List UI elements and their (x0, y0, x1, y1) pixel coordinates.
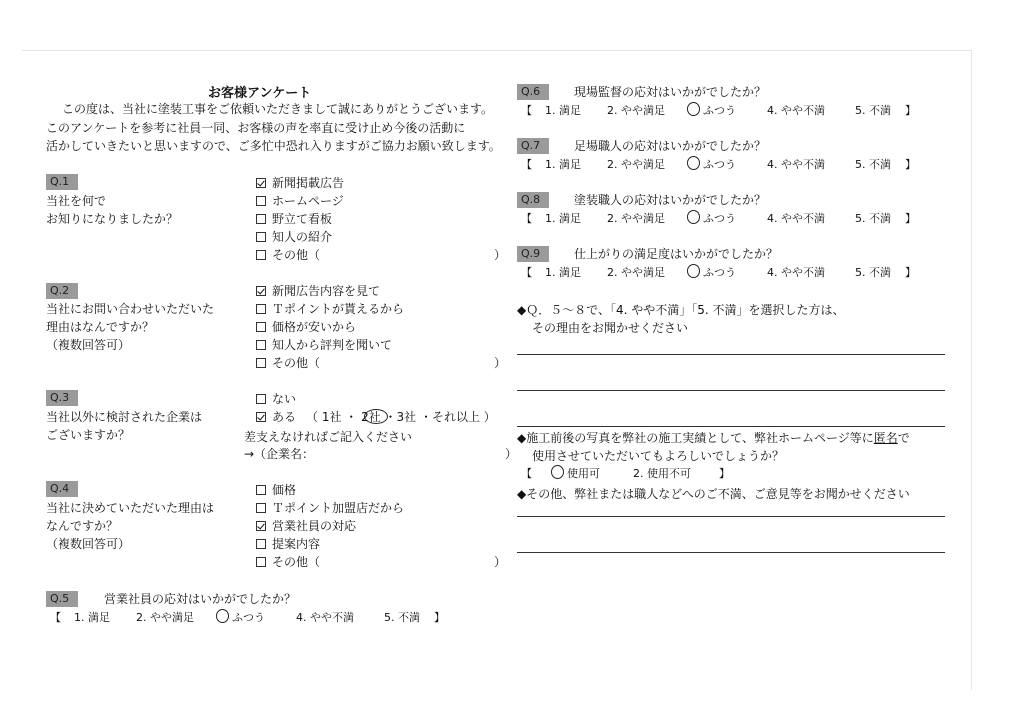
q8-option-5[interactable]: 5. 不満 (855, 210, 905, 226)
q4-option-other[interactable]: その他（ (256, 553, 320, 571)
checkbox-icon[interactable] (256, 232, 266, 242)
q2-text-2: 理由はなんですか？ (46, 318, 154, 336)
q6-option-3-selected[interactable]: ふつう (689, 102, 767, 118)
photo-option-2[interactable]: 2. 使用不可 (633, 465, 719, 481)
option-label: ない (272, 392, 296, 406)
q4-option-proposal[interactable]: 提案内容 (256, 535, 320, 553)
checkbox-icon[interactable] (256, 340, 266, 350)
q7-option-4[interactable]: 4. やや不満 (767, 156, 855, 172)
q3-company-close-paren: ） (505, 445, 517, 462)
q1-text-2: お知りになりましたか？ (46, 210, 178, 228)
photo-prompt-2: 使用させていただいてもよろしいでしょうか？ (532, 447, 784, 465)
checkbox-icon[interactable] (256, 539, 266, 549)
checkbox-icon[interactable] (256, 358, 266, 368)
bracket-close: 】 (905, 156, 916, 172)
option-label: ふつう (703, 102, 736, 118)
q7-option-3-selected[interactable]: ふつう (689, 156, 767, 172)
checkbox-icon[interactable] (256, 322, 266, 332)
q2-text-3: （複数回答可） (46, 336, 130, 354)
bracket-close: 】 (434, 609, 445, 625)
q5-option-1[interactable]: 1. 満足 (74, 609, 136, 625)
checkbox-icon[interactable] (256, 485, 266, 495)
q4-text-3: （複数回答可） (46, 535, 130, 553)
q3-text-2: ございますか？ (46, 426, 130, 444)
q3-note: 差支えなければご記入ください (244, 428, 412, 446)
intro-line-1: この度は、当社に塗装工事をご依頼いただきまして誠にありがとうございます。 (62, 100, 493, 118)
intro-line-3: 活かしていきたいと思いますので、ご多忙中恐れ入りますがご協力お願い致します。 (46, 137, 501, 155)
other-answer-line-1[interactable] (517, 516, 945, 517)
other-prompt: ◆その他、弊社または職人などへのご不満、ご意見等をお聞かせください (517, 485, 910, 503)
option-label: ある (272, 410, 296, 424)
q2-option-tpoint[interactable]: Ｔポイントが貰えるから (256, 300, 404, 318)
q7-rating-scale: 【 1. 満足 2. やや満足 ふつう 4. やや不満 5. 不満 】 (521, 156, 916, 172)
option-label: ふつう (232, 609, 265, 625)
q7-text: 足場職人の応対はいかがでしたか？ (574, 137, 766, 155)
q4-badge: Q.4 (46, 481, 78, 497)
reason-prompt-1: ◆Ｑ．５～８で、「4. やや不満」「5. 不満」を選択した方は、 (517, 301, 845, 319)
checkbox-icon[interactable] (256, 394, 266, 404)
photo-choice-scale: 【 使用可 2. 使用不可 】 (521, 465, 730, 481)
q5-rating-scale: 【 1. 満足 2. やや満足 ふつう 4. やや不満 5. 不満 】 (50, 609, 445, 625)
q4-option-price[interactable]: 価格 (256, 481, 296, 499)
q9-option-2[interactable]: 2. やや満足 (607, 264, 689, 280)
bracket-close: 】 (905, 102, 916, 118)
option-label: Ｔポイントが貰えるから (272, 302, 404, 316)
option-label: その他（ (272, 248, 320, 262)
q8-option-3-selected[interactable]: ふつう (689, 210, 767, 226)
reason-answer-line-2[interactable] (517, 390, 945, 391)
q9-option-3-selected[interactable]: ふつう (689, 264, 767, 280)
q8-text: 塗装職人の応対はいかがでしたか？ (574, 191, 766, 209)
q5-option-4[interactable]: 4. やや不満 (296, 609, 384, 625)
q8-option-4[interactable]: 4. やや不満 (767, 210, 855, 226)
q2-option-ad-content[interactable]: 新聞広告内容を見て (256, 282, 380, 300)
q4-text-1: 当社に決めていただいた理由は (46, 499, 214, 517)
q6-badge: Q.6 (517, 84, 549, 100)
option-label: その他（ (272, 356, 320, 370)
q1-option-homepage[interactable]: ホームページ (256, 192, 344, 210)
q9-option-4[interactable]: 4. やや不満 (767, 264, 855, 280)
q3-option-yes[interactable]: ある (256, 408, 296, 426)
q1-other-close-paren: ） (494, 246, 506, 263)
checkbox-icon[interactable] (256, 304, 266, 314)
checkbox-icon[interactable] (256, 196, 266, 206)
q3-company-name-field[interactable]: →（企業名： (244, 445, 314, 463)
q3-option-none[interactable]: ない (256, 390, 296, 408)
q4-option-tpoint-store[interactable]: Ｔポイント加盟店だから (256, 499, 404, 517)
bracket-open: 【 (521, 264, 545, 280)
reason-answer-line-3[interactable] (517, 426, 945, 427)
option-label: 知人から評判を聞いて (272, 338, 392, 352)
q2-other-close-paren: ） (494, 354, 506, 371)
option-label: ふつう (703, 156, 736, 172)
option-label: ふつう (703, 210, 736, 226)
q7-option-2[interactable]: 2. やや満足 (607, 156, 689, 172)
q6-option-4[interactable]: 4. やや不満 (767, 102, 855, 118)
q9-text: 仕上がりの満足度はいかがでしたか？ (574, 245, 778, 263)
q7-option-5[interactable]: 5. 不満 (855, 156, 905, 172)
photo-prompt-text: ◆施工前後の写真を弊社の施工実績として、弊社ホームページ等に (517, 431, 874, 445)
bracket-close: 】 (905, 264, 916, 280)
q4-other-close-paren: ） (494, 553, 506, 570)
q4-text-2: なんですか？ (46, 517, 118, 535)
option-label: 野立て看板 (272, 212, 332, 226)
q5-text: 営業社員の応対はいかがでしたか？ (104, 590, 296, 608)
option-label: ホームページ (272, 194, 344, 208)
bracket-close: 】 (905, 210, 916, 226)
q6-option-1[interactable]: 1. 満足 (545, 102, 607, 118)
q3-selected-2sha-circle (364, 409, 388, 424)
bracket-close: 】 (719, 465, 730, 481)
q3-company-count-choices: （ 1社 ・ 2社 ・3社 ・それ以上 ） (306, 408, 496, 426)
q2-option-other[interactable]: その他（ (256, 354, 320, 372)
reason-prompt-2: その理由をお聞かせください (532, 319, 688, 337)
checkbox-icon[interactable] (256, 214, 266, 224)
checkbox-checked-icon[interactable] (256, 412, 266, 422)
q9-rating-scale: 【 1. 満足 2. やや満足 ふつう 4. やや不満 5. 不満 】 (521, 264, 916, 280)
q7-badge: Q.7 (517, 138, 549, 154)
bracket-open: 【 (521, 156, 545, 172)
q2-option-cheap[interactable]: 価格が安いから (256, 318, 356, 336)
photo-option-1-selected[interactable]: 使用可 (553, 465, 633, 481)
q1-option-referral[interactable]: 知人の紹介 (256, 228, 332, 246)
q2-text-1: 当社にお問い合わせいただいた (46, 300, 214, 318)
q8-rating-scale: 【 1. 満足 2. やや満足 ふつう 4. やや不満 5. 不満 】 (521, 210, 916, 226)
q9-option-5[interactable]: 5. 不満 (855, 264, 905, 280)
q3-text-1: 当社以外に検討された企業は (46, 408, 202, 426)
q5-option-2[interactable]: 2. やや満足 (136, 609, 218, 625)
q6-rating-scale: 【 1. 満足 2. やや満足 ふつう 4. やや不満 5. 不満 】 (521, 102, 916, 118)
option-label: 営業社員の対応 (272, 519, 356, 533)
q8-option-1[interactable]: 1. 満足 (545, 210, 607, 226)
photo-prompt-1: ◆施工前後の写真を弊社の施工実績として、弊社ホームページ等に匿名で (517, 429, 910, 447)
option-label: 価格 (272, 483, 296, 497)
survey-title: お客様アンケート (208, 82, 311, 101)
q4-option-sales-staff[interactable]: 営業社員の対応 (256, 517, 356, 535)
q9-badge: Q.9 (517, 246, 549, 262)
option-label: 知人の紹介 (272, 230, 332, 244)
q1-option-signboard[interactable]: 野立て看板 (256, 210, 332, 228)
option-label: 新聞掲載広告 (272, 176, 344, 190)
option-label: 価格が安いから (272, 320, 356, 334)
q8-badge: Q.8 (517, 192, 549, 208)
q7-option-1[interactable]: 1. 満足 (545, 156, 607, 172)
checkbox-icon[interactable] (256, 503, 266, 513)
option-label: ふつう (703, 264, 736, 280)
q5-badge: Q.5 (46, 591, 78, 607)
bracket-open: 【 (50, 609, 74, 625)
checkbox-icon[interactable] (256, 250, 266, 260)
option-label: その他（ (272, 555, 320, 569)
q1-option-newspaper[interactable]: 新聞掲載広告 (256, 174, 344, 192)
option-label: 提案内容 (272, 537, 320, 551)
option-label: 新聞広告内容を見て (272, 284, 380, 298)
checkbox-checked-icon[interactable] (256, 521, 266, 531)
q5-option-5[interactable]: 5. 不満 (384, 609, 434, 625)
checkbox-checked-icon[interactable] (256, 178, 266, 188)
option-label: 使用可 (567, 465, 600, 481)
q1-badge: Q.1 (46, 174, 78, 190)
checkbox-checked-icon[interactable] (256, 286, 266, 296)
bracket-open: 【 (521, 465, 553, 481)
bracket-open: 【 (521, 210, 545, 226)
photo-prompt-suffix: で (898, 431, 910, 445)
reason-answer-line-1[interactable] (517, 354, 945, 355)
intro-line-2: このアンケートを参考に社員一同、お客様の声を率直に受け止め今後の活動に (46, 119, 465, 137)
q6-option-5[interactable]: 5. 不満 (855, 102, 905, 118)
anonymous-underlined: 匿名 (874, 431, 898, 445)
q1-option-other[interactable]: その他（ (256, 246, 320, 264)
option-label: Ｔポイント加盟店だから (272, 501, 404, 515)
q2-badge: Q.2 (46, 283, 78, 299)
bracket-open: 【 (521, 102, 545, 118)
checkbox-icon[interactable] (256, 557, 266, 567)
q9-option-1[interactable]: 1. 満足 (545, 264, 607, 280)
q2-option-reputation[interactable]: 知人から評判を聞いて (256, 336, 392, 354)
q6-text: 現場監督の応対はいかがでしたか？ (574, 83, 766, 101)
q8-option-2[interactable]: 2. やや満足 (607, 210, 689, 226)
q3-badge: Q.3 (46, 390, 78, 406)
q1-text-1: 当社を何で (46, 192, 106, 210)
other-answer-line-2[interactable] (517, 552, 945, 553)
q5-option-3-selected[interactable]: ふつう (218, 609, 296, 625)
q6-option-2[interactable]: 2. やや満足 (607, 102, 689, 118)
